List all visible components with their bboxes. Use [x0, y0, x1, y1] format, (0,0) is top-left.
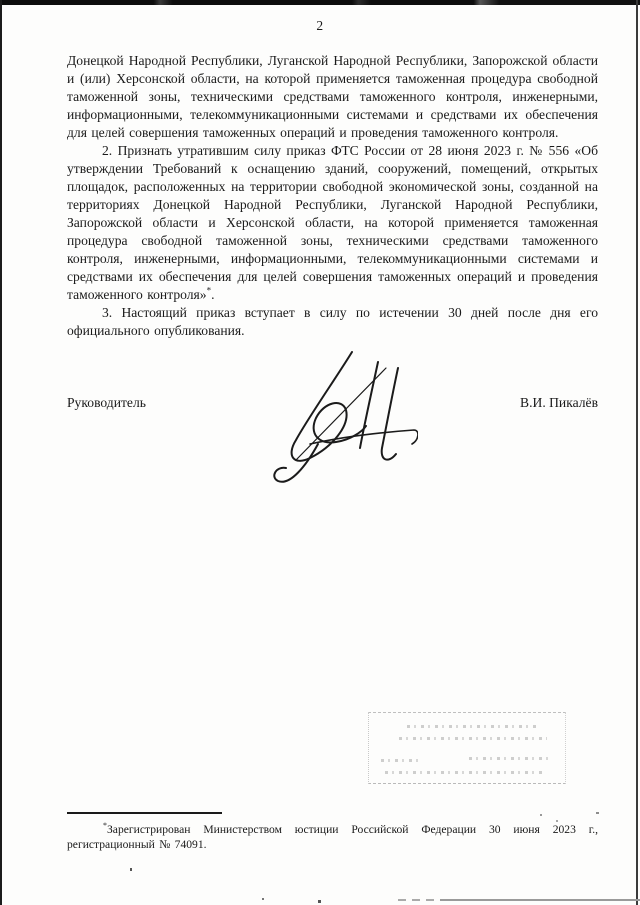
item-2-text: 2. Признать утратившим силу приказ ФТС Р…: [67, 143, 598, 302]
handwritten-signature: [266, 348, 418, 494]
scan-edge-right: [636, 0, 638, 905]
scan-speck: [540, 814, 542, 816]
scan-speck: [130, 868, 132, 871]
stamp-faint-text: [399, 737, 547, 740]
paragraph-item-3: 3. Настоящий приказ вступает в силу по и…: [67, 304, 598, 340]
scan-artifact-dashes: [398, 899, 438, 901]
scan-speck: [318, 900, 321, 903]
paragraph-item-2: 2. Признать утратившим силу приказ ФТС Р…: [67, 142, 598, 304]
footnote-separator: [67, 812, 222, 814]
scan-speck: [596, 812, 599, 814]
stamp-faint-text: [407, 725, 537, 728]
item-2-period: .: [211, 287, 214, 302]
scan-speck: [556, 820, 558, 822]
page-number: 2: [0, 18, 640, 34]
scan-edge-top: [0, 0, 640, 5]
paragraph-continuation: Донецкой Народной Республики, Луганской …: [67, 52, 598, 142]
document-body: Донецкой Народной Республики, Луганской …: [67, 52, 598, 340]
stamp-faint-text: [385, 771, 545, 774]
scan-artifact-line: [440, 899, 640, 901]
scan-edge-left: [0, 0, 2, 905]
signer-title: Руководитель: [67, 395, 146, 411]
signer-name: В.И. Пикалёв: [520, 395, 598, 411]
scan-speck: [262, 898, 264, 900]
document-page: 2 Донецкой Народной Республики, Луганско…: [0, 0, 640, 905]
registration-stamp: [368, 712, 566, 784]
footnote: *Зарегистрирован Министерством юстиции Р…: [67, 818, 598, 852]
stamp-faint-text: [381, 759, 421, 762]
footnote-text: Зарегистрирован Министерством юстиции Ро…: [67, 823, 598, 851]
stamp-faint-text: [469, 757, 549, 760]
